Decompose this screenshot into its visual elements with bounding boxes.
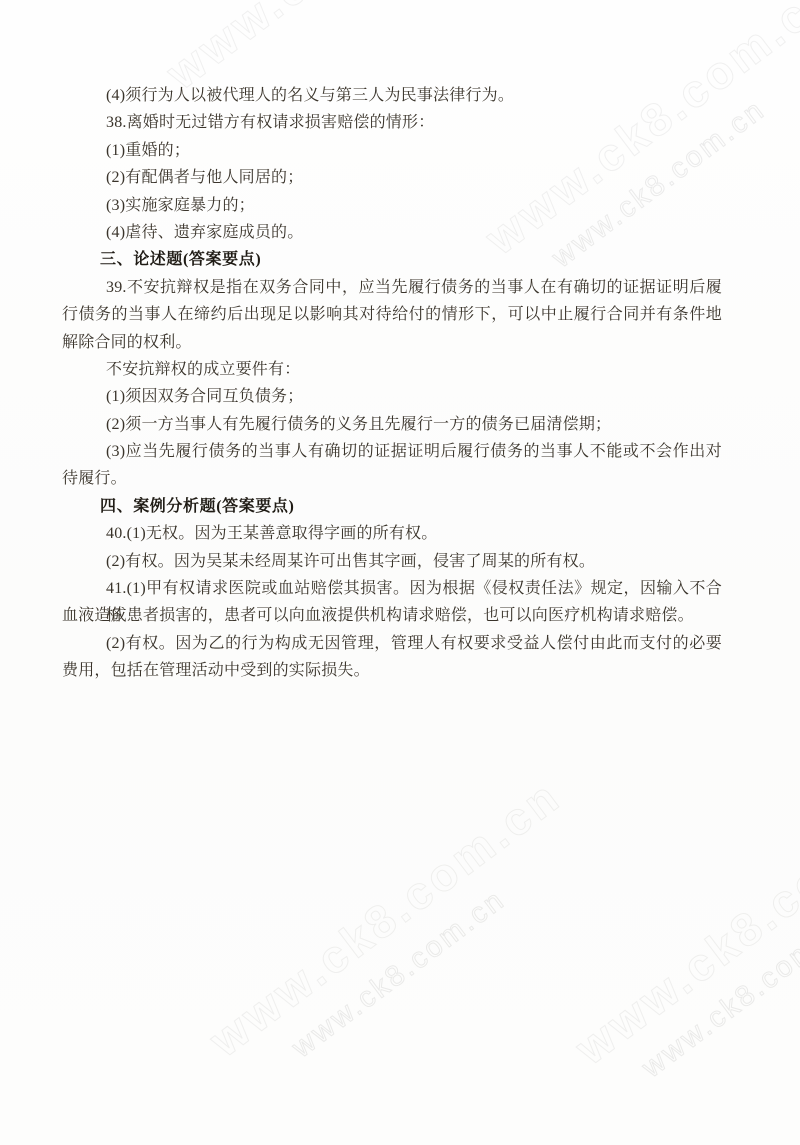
section-heading-essay: 三、论述题(答案要点) [62, 246, 722, 273]
watermark: www.ck8.com.cn www.ck8.com.cn [199, 795, 561, 1101]
text-line: (2)须一方当事人有先履行债务的义务且先履行一方的债务已届清偿期； [62, 411, 722, 438]
watermark-url: www.ck8.com.cn [238, 847, 561, 1102]
text-line: 不安抗辩权的成立要件有： [62, 356, 722, 383]
text-line: (2)有权。因为乙的行为构成无因管理，管理人有权要求受益人偿付由此而支付的必要 [62, 630, 722, 657]
text-line: 41.(1)甲有权请求医院或血站赔偿其损害。因为根据《侵权责任法》规定，因输入不… [62, 575, 722, 602]
text-line: 38.离婚时无过错方有权请求损害赔偿的情形： [62, 109, 722, 136]
text-line: (4)须行为人以被代理人的名义与第三人为民事法律行为。 [62, 82, 722, 109]
text-line: 行债务的当事人在缔约后出现足以影响其对待给付的情形下，可以中止履行合同并有条件地 [62, 301, 722, 328]
text-line: (2)有权。因为吴某未经周某许可出售其字画，侵害了周某的所有权。 [62, 548, 722, 575]
watermark-text: www.ck8.com.cn [199, 795, 535, 1067]
text-line: 40.(1)无权。因为王某善意取得字画的所有权。 [62, 520, 722, 547]
watermark-url: www.ck8.com.cn [604, 879, 800, 1110]
text-line: (4)虐待、遗弃家庭成员的。 [62, 219, 722, 246]
text-line: (1)重婚的； [62, 137, 722, 164]
text-line: 待履行。 [62, 465, 722, 492]
text-line: (3)实施家庭暴力的； [62, 192, 722, 219]
text-line: 血液造成患者损害的，患者可以向血液提供机构请求赔偿，也可以向医疗机构请求赔偿。 [62, 602, 722, 629]
document-body: (4)须行为人以被代理人的名义与第三人为民事法律行为。 38.离婚时无过错方有权… [62, 82, 722, 685]
text-line: (3)应当先履行债务的当事人有确切的证据证明后履行债务的当事人不能或不会作出对 [62, 438, 722, 465]
text-line: 39.不安抗辩权是指在双务合同中，应当先履行债务的当事人在有确切的证据证明后履 [62, 274, 722, 301]
watermark-text: www.ck8.com.cn [565, 827, 800, 1075]
section-heading-case-analysis: 四、案例分析题(答案要点) [62, 493, 722, 520]
text-line: 解除合同的权利。 [62, 329, 722, 356]
watermark: www.ck8.com.cn www.ck8.com.cn [565, 827, 800, 1109]
scanned-page: www.ck8.com.cn www.ck8.com.cn www.ck8.co… [0, 0, 800, 1145]
text-line: (2)有配偶者与他人同居的； [62, 164, 722, 191]
text-line: (1)须因双务合同互负债务； [62, 383, 722, 410]
text-line: 费用，包括在管理活动中受到的实际损失。 [62, 657, 722, 684]
